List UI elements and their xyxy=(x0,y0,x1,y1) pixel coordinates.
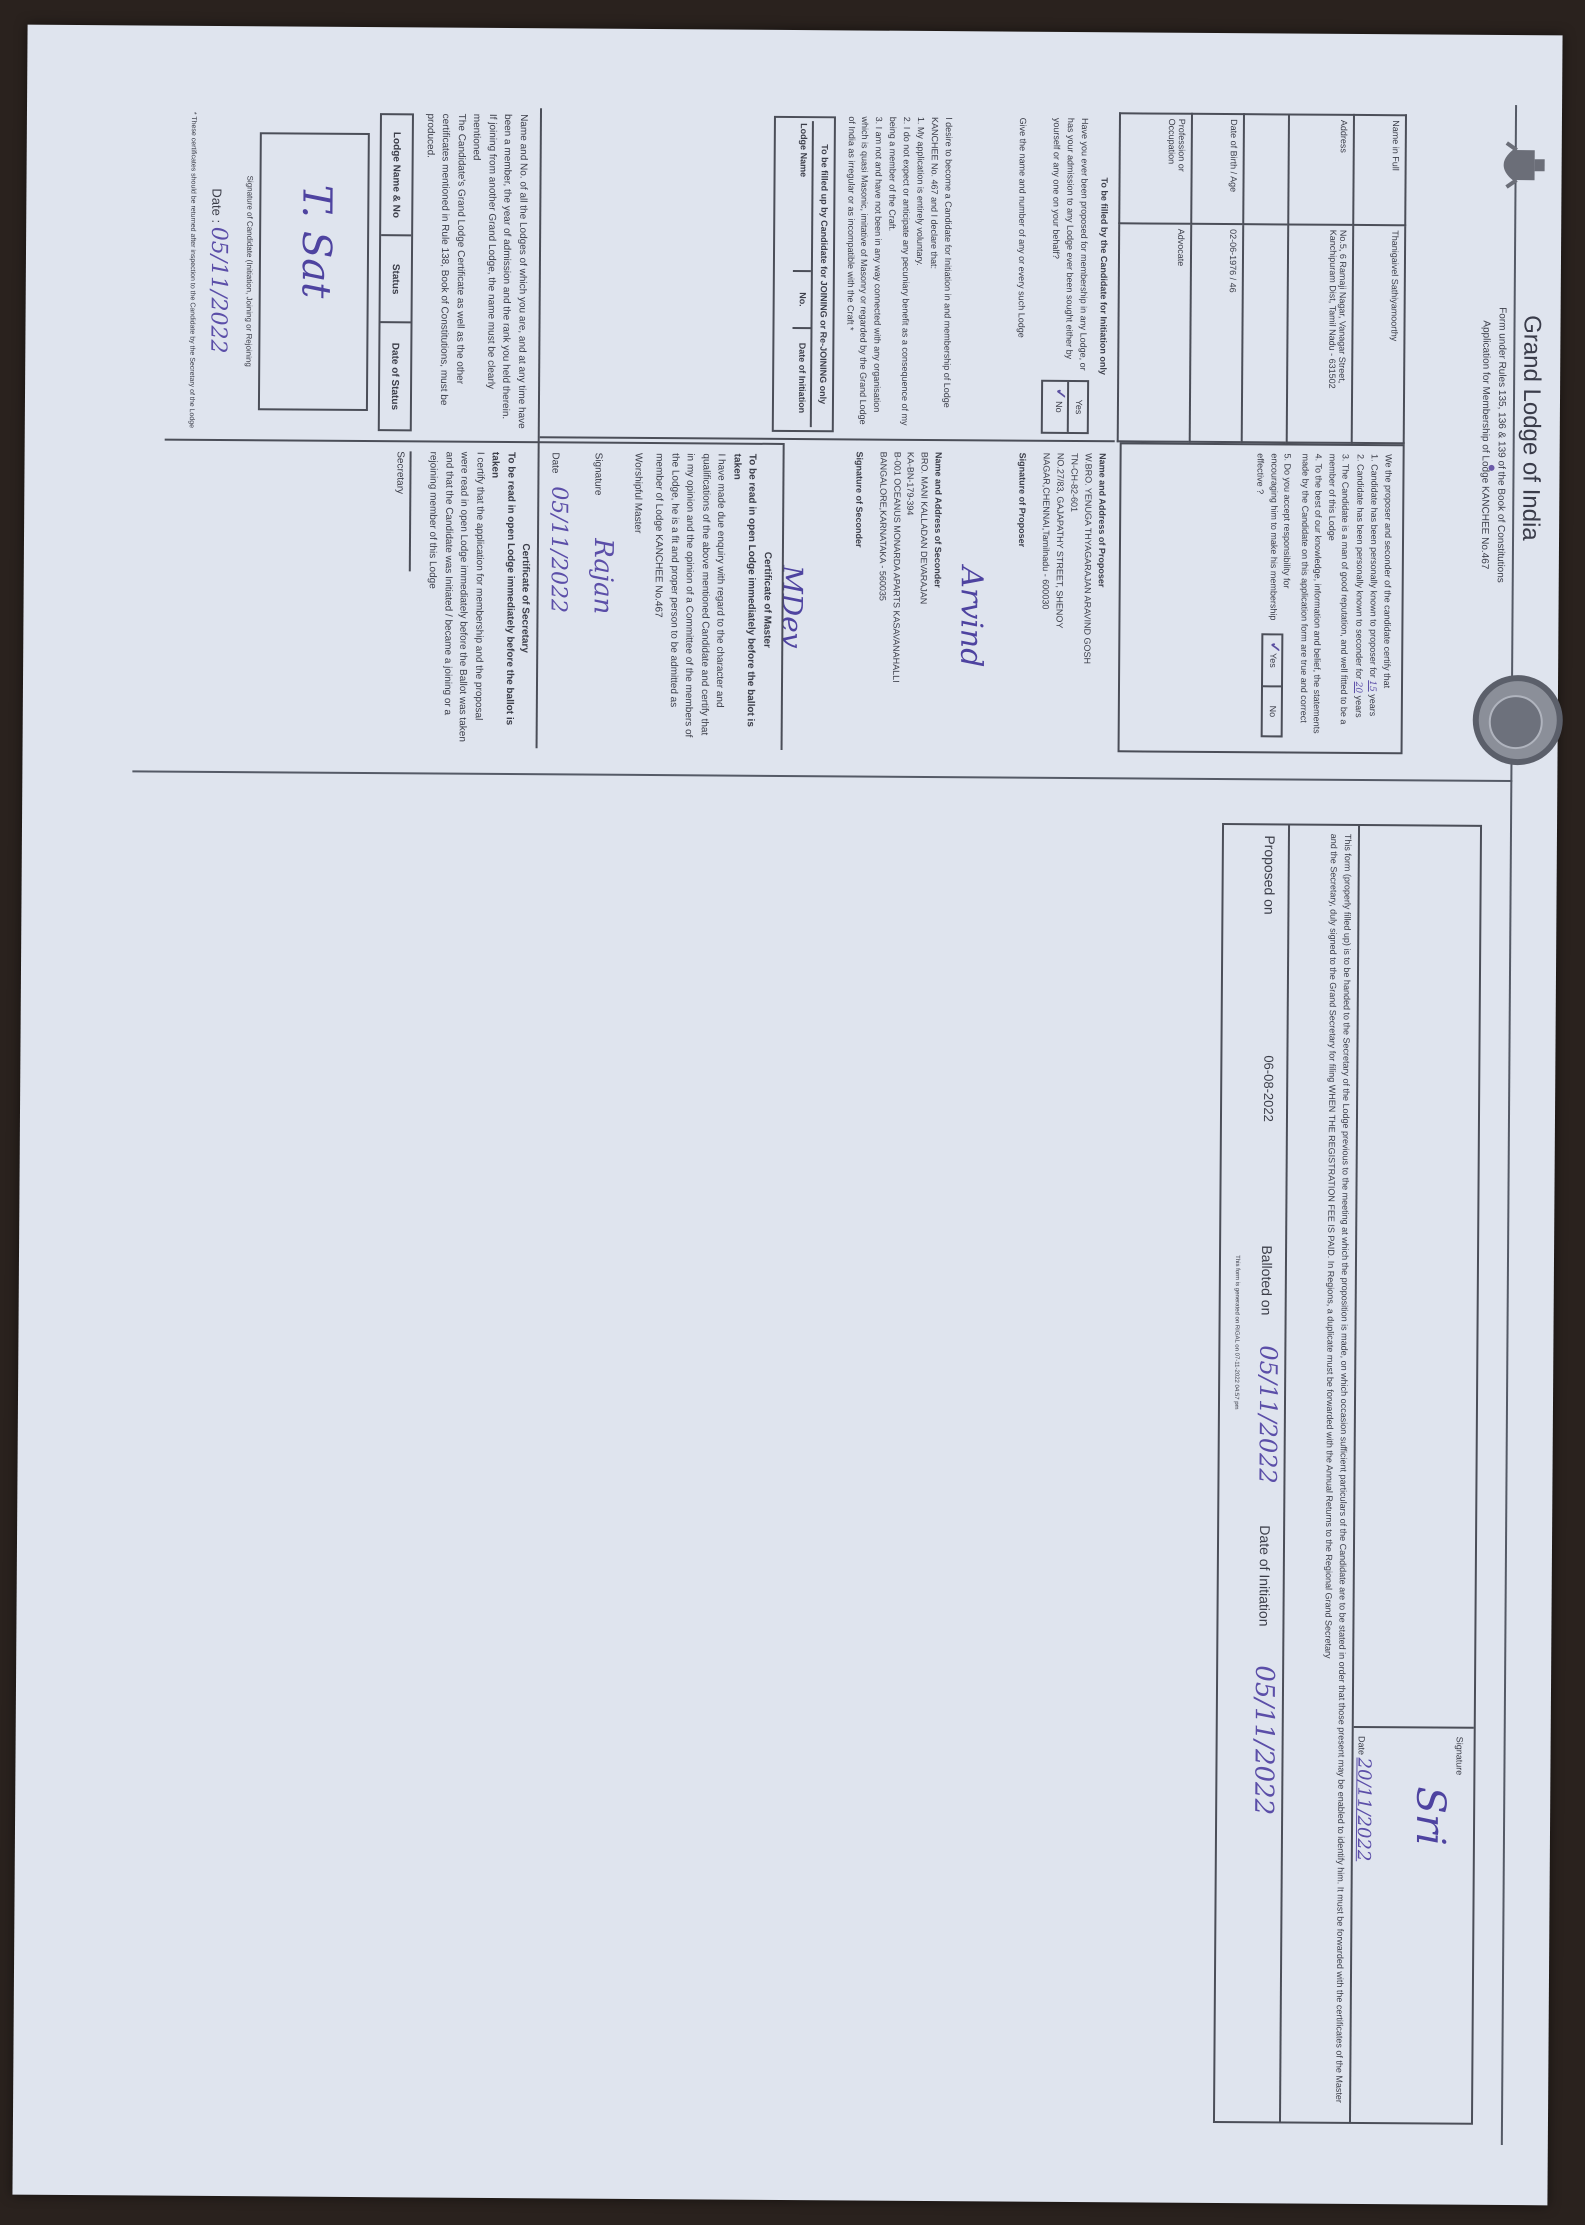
form-rule-reference: Form under Rules 135, 136 & 139 of the B… xyxy=(1494,235,1508,655)
years-known-seconder: 20 xyxy=(1353,682,1363,694)
proposer-seconder-section: Name and Address of Proposer W.BRO. YENU… xyxy=(783,445,1115,752)
form-page-1: Grand Lodge of India Form under Rules 13… xyxy=(133,105,1557,755)
candidate-date: 05/11/2022 xyxy=(205,227,231,354)
field-label: Address xyxy=(1288,114,1354,224)
ink-dot xyxy=(1489,465,1495,471)
proposer-certification-box: We the proposer and seconder of the cand… xyxy=(1118,442,1405,754)
responsibility-yes-no: ✓Yes No xyxy=(1261,633,1283,737)
prior-proposal-yes-no: Yes ✓No xyxy=(1041,380,1089,434)
balloted-date: 05/11/2022 xyxy=(1248,1345,1286,1484)
proposer-signature: Arvind xyxy=(947,566,994,667)
field-label: Profession or Occupation xyxy=(1119,113,1192,223)
status-table: Lodge Name & No Status Date of Status xyxy=(378,113,414,431)
no-checkbox[interactable]: ✓No xyxy=(1049,382,1067,432)
application-form: Grand Lodge of India Form under Rules 13… xyxy=(123,35,1558,2195)
candidate-info-table: Name in FullThanigaivel Sathiyamoorthy A… xyxy=(1117,112,1407,444)
years-known-proposer: 15 xyxy=(1367,680,1377,692)
filing-notice-box: Signature Sri Date 20/11/2022 This form … xyxy=(1213,823,1482,2125)
document-sheet: Grand Lodge of India Form under Rules 13… xyxy=(12,25,1562,2206)
lodge-seal-icon xyxy=(1472,675,1563,766)
master-date: 05/11/2022 xyxy=(546,486,572,613)
form-header: Grand Lodge of India Form under Rules 13… xyxy=(1403,114,1557,755)
form-title: Grand Lodge of India xyxy=(1516,315,1546,541)
field-value-occupation: Advocate xyxy=(1118,223,1192,441)
footnote: * These certificates should be returned … xyxy=(185,112,198,430)
initiation-date: 05/11/2022 xyxy=(1243,1665,1284,1815)
form-subtitle: Application for Membership of Lodge KANC… xyxy=(1478,235,1492,655)
page-fold-line xyxy=(132,770,1512,782)
yes-checkbox[interactable]: ✓Yes xyxy=(1264,635,1282,685)
no-checkbox[interactable]: No xyxy=(1263,685,1281,735)
field-value-dob: 02-06-1976 / 46 xyxy=(1190,224,1244,442)
master-certificate: Certificate of Master To be read in open… xyxy=(386,447,780,750)
master-signature: Rajan xyxy=(588,538,619,614)
initiation-section: To be filled by the Candidate for Initia… xyxy=(540,108,1117,442)
candidate-signature: T. Sat xyxy=(285,184,348,298)
crest-icon xyxy=(1486,135,1546,195)
field-value-address: No.5, 6 Ramaji Nagar, Vanagar Street, Ka… xyxy=(1287,224,1354,442)
form-page-2: Signature Sri Date 20/11/2022 This form … xyxy=(123,795,1552,2135)
secretary-signature: Sri xyxy=(1407,1786,1453,1846)
field-label: Name in Full xyxy=(1353,115,1406,225)
field-value-name: Thanigaivel Sathiyamoorthy xyxy=(1352,225,1406,443)
candidate-signature-box: T. Sat xyxy=(258,132,370,411)
secretary-date: 20/11/2022 xyxy=(1353,1757,1375,1861)
filing-notice-text: This form (properly filled up) is to be … xyxy=(1317,834,1354,2114)
joining-table: To be filled up by Candidate for JOINING… xyxy=(771,116,835,432)
joining-instructions: Name and No. of all the Lodges of which … xyxy=(179,106,537,438)
field-label: Date of Birth / Age xyxy=(1191,114,1244,224)
check-mark-icon: ✓ xyxy=(1264,641,1285,653)
check-mark-icon: ✓ xyxy=(1049,388,1071,400)
proposed-date: 06-08-2022 xyxy=(1258,1055,1279,1122)
generated-note: This form is generated on RIGAL on 07-11… xyxy=(1231,1255,1241,1409)
